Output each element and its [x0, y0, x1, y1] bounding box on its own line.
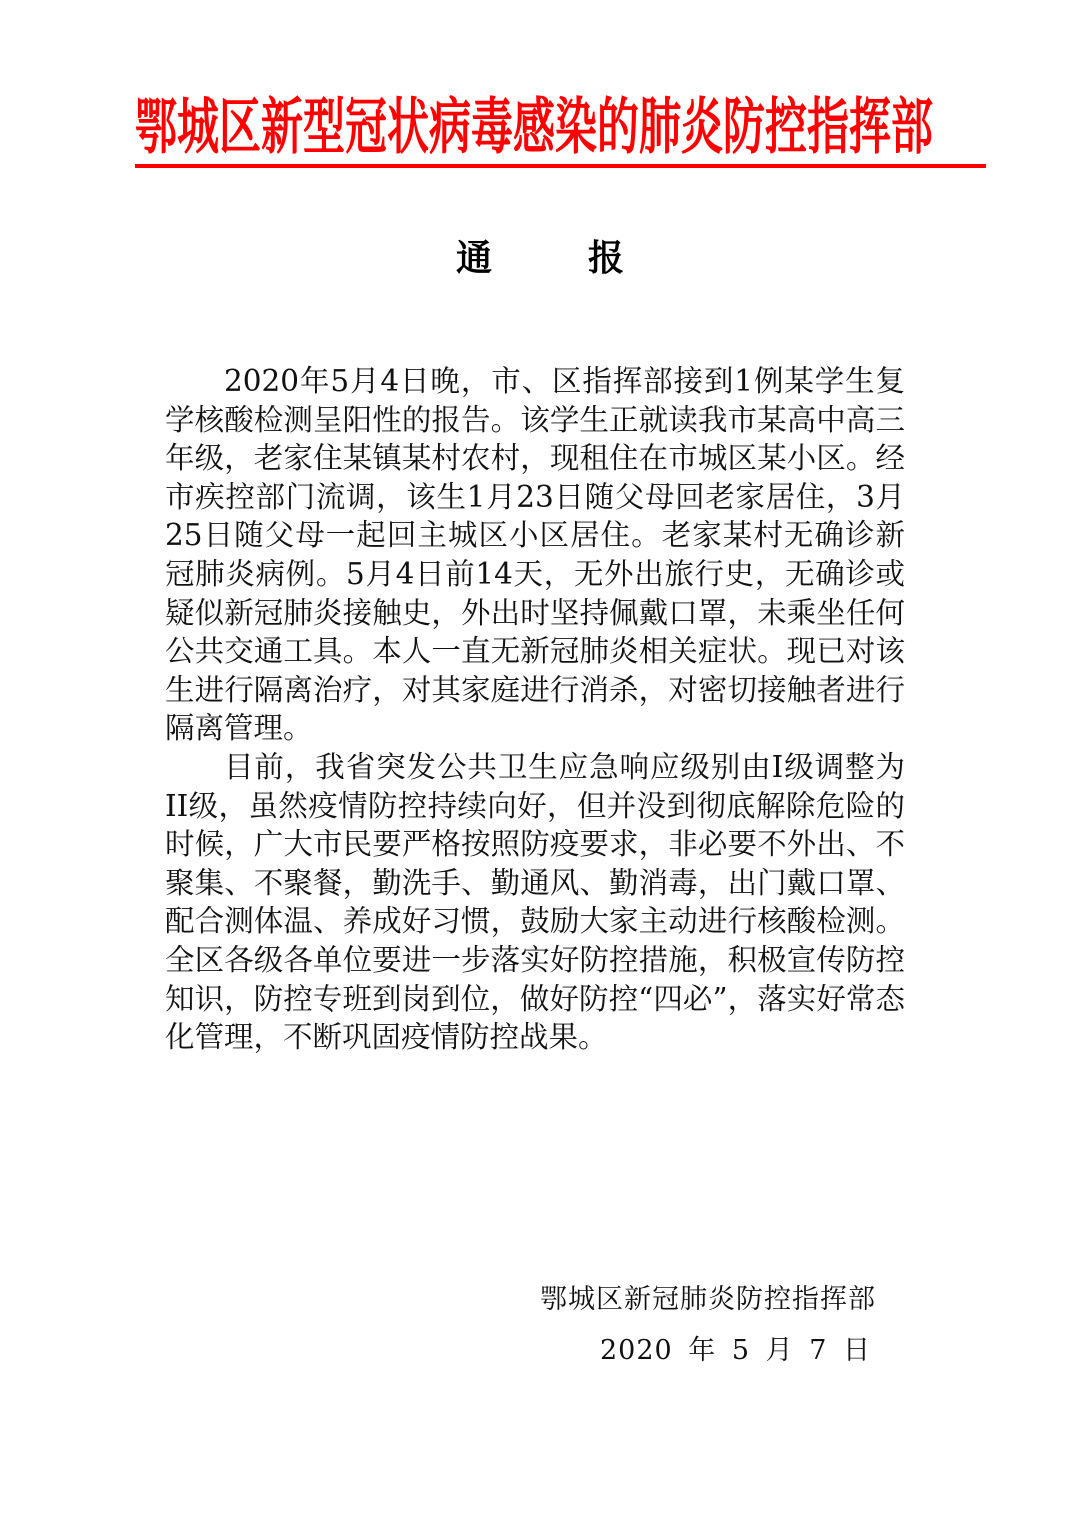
document-body: 2020年5月4日晚，市、区指挥部接到1例某学生复学核酸检测呈阳性的报告。该学生… — [165, 362, 905, 1057]
signature-date: 2020 年 5 月 7 日 — [600, 1331, 900, 1371]
issuing-authority-header: 鄂城区新型冠状病毒感染的肺炎防控指挥部 — [135, 76, 987, 178]
paragraph-2: 目前，我省突发公共卫生应急响应级别由I级调整为II级，虽然疫情防控持续向好，但并… — [165, 748, 905, 1057]
title-char-1: 通 — [456, 232, 492, 284]
red-header-rule — [135, 164, 986, 168]
document-title: 通报 — [0, 232, 1080, 284]
paragraph-1: 2020年5月4日晚，市、区指挥部接到1例某学生复学核酸检测呈阳性的报告。该学生… — [165, 362, 905, 748]
title-char-2: 报 — [588, 232, 624, 284]
signature-issuer: 鄂城区新冠肺炎防控指挥部 — [540, 1280, 890, 1320]
